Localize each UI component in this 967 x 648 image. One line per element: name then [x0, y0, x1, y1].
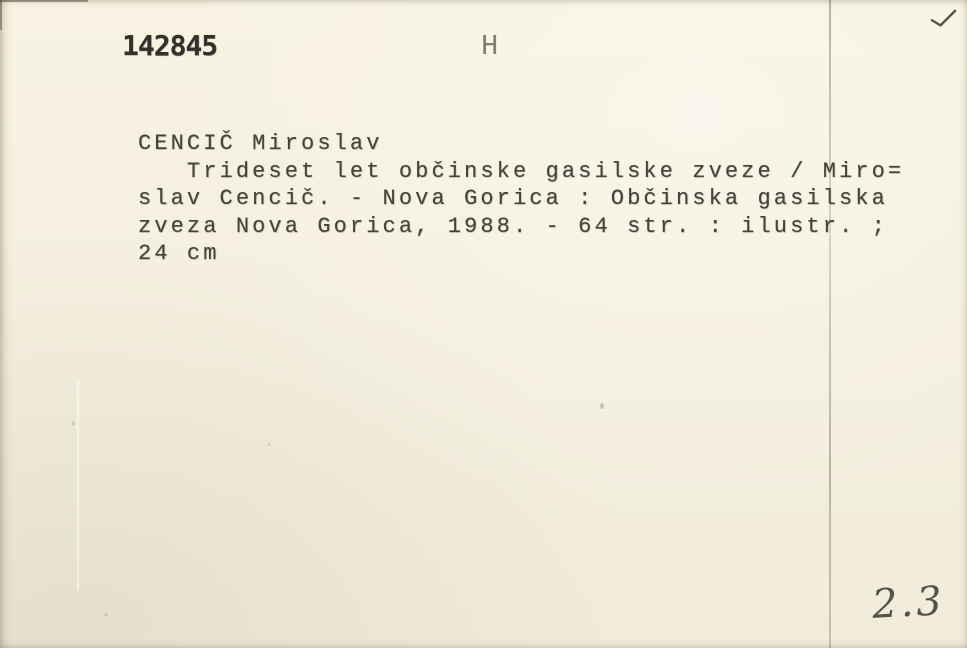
entry-line-title: Trideset let občinske gasilske zveze / M… — [138, 158, 904, 186]
paper-speck — [268, 443, 271, 446]
handwritten-note: 2.3 — [871, 578, 946, 628]
entry-line-size: 24 cm — [138, 240, 904, 268]
checkmark-icon — [928, 7, 960, 32]
catalog-card: 142845 H CENCIČ Miroslav Trideset let ob… — [0, 0, 967, 648]
call-number: 142845 — [122, 29, 217, 62]
paper-speck — [72, 421, 75, 426]
card-crease-line — [829, 0, 831, 648]
paper-speck — [600, 403, 604, 409]
paper-streak — [77, 380, 79, 590]
entry-line-imprint: slav Cencič. - Nova Gorica : Občinska ga… — [138, 185, 904, 213]
scan-edge-mark-left — [0, 0, 2, 30]
scan-edge-mark-top — [0, 0, 88, 2]
entry-line-heading: CENCIČ Miroslav — [138, 130, 904, 158]
catalog-entry: CENCIČ Miroslav Trideset let občinske ga… — [138, 130, 904, 268]
shelf-mark: H — [481, 30, 498, 63]
entry-line-collation: zveza Nova Gorica, 1988. - 64 str. : ilu… — [138, 213, 904, 241]
paper-speck — [104, 613, 108, 616]
